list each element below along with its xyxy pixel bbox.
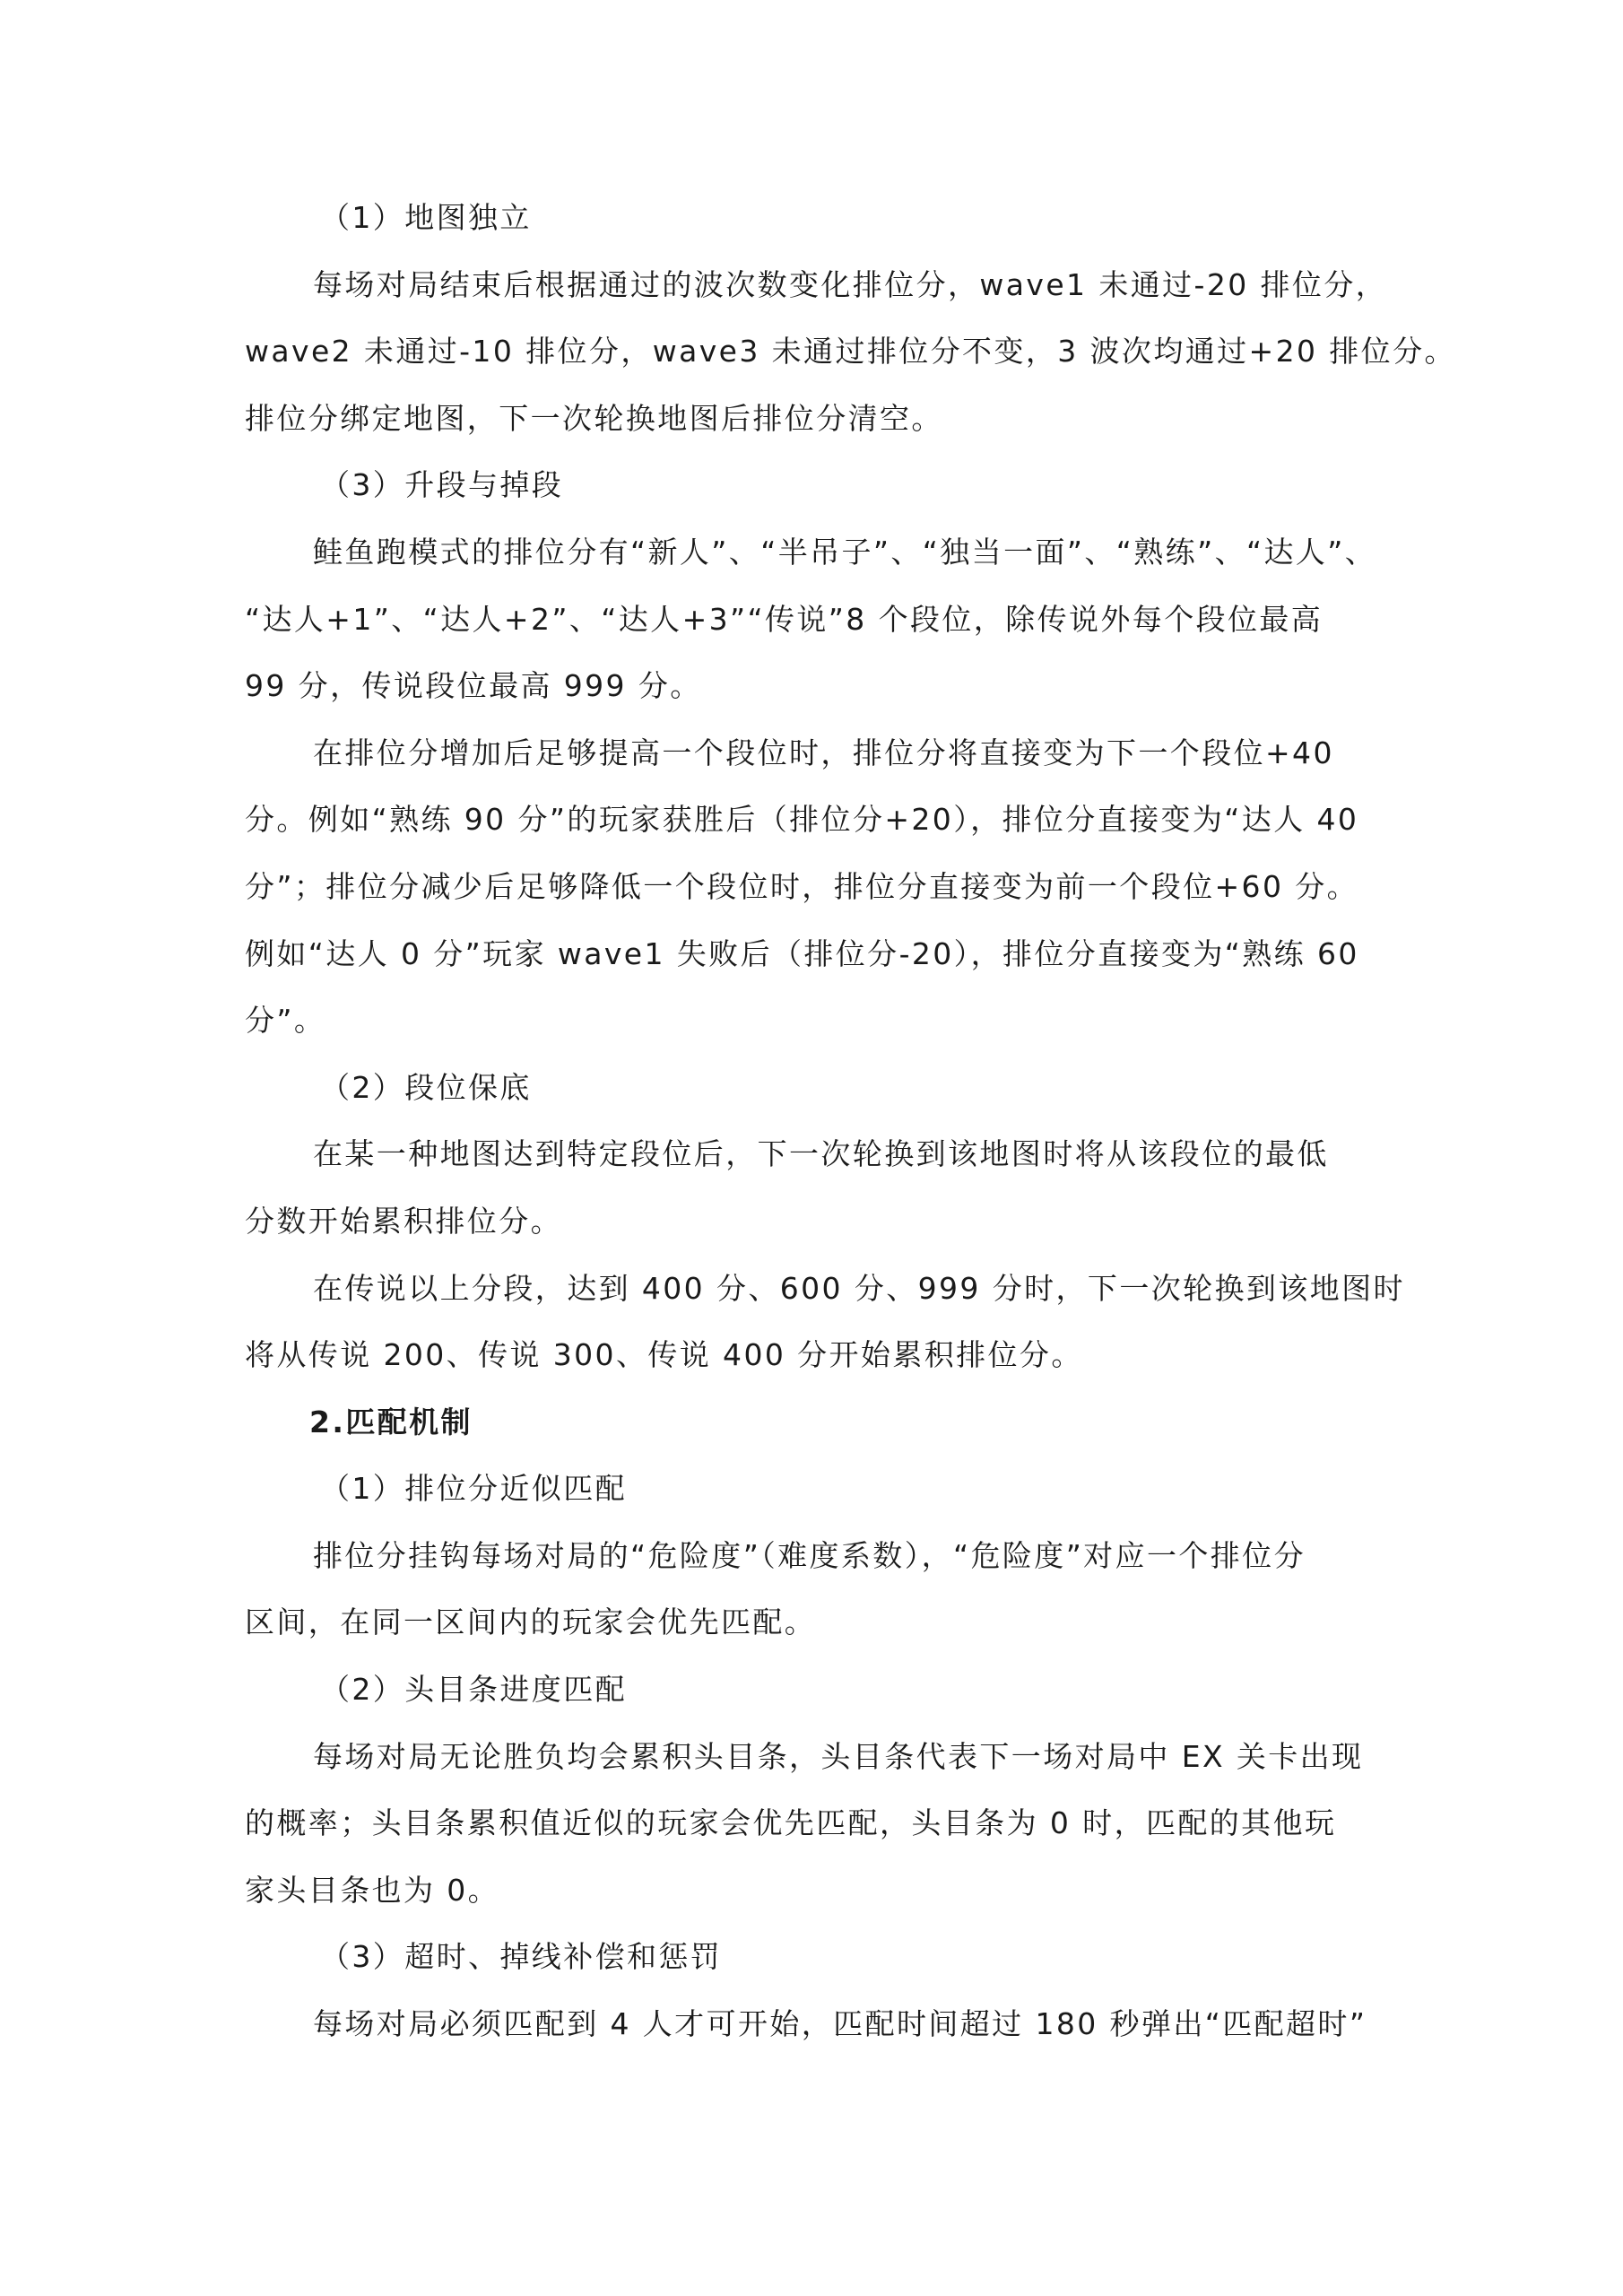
paragraph-line: 每场对局结束后根据通过的波次数变化排位分，wave1 未通过-20 排位分， (245, 252, 1402, 319)
paragraph-line: 鲑鱼跑模式的排位分有“新人”、“半吊子”、“独当一面”、“熟练”、“达人”、 (245, 519, 1402, 587)
paragraph-boss-meter: 每场对局无论胜负均会累积头目条，头目条代表下一场对局中 EX 关卡出现 的概率；… (245, 1724, 1402, 1925)
paragraph-score-matching: 排位分挂钩每场对局的“危险度”（难度系数），“危险度”对应一个排位分 区间，在同… (245, 1523, 1402, 1657)
paragraph-line: 在排位分增加后足够提高一个段位时，排位分将直接变为下一个段位+40 (245, 720, 1402, 787)
paragraph-legend-floor: 在传说以上分段，达到 400 分、600 分、999 分时，下一次轮换到该地图时… (245, 1256, 1402, 1389)
subheading-rank-floor: （2）段位保底 (245, 1055, 1402, 1122)
paragraph-line: 分。例如“熟练 90 分”的玩家获胜后（排位分+20），排位分直接变为“达人 4… (245, 787, 1402, 854)
paragraph-line: 在某一种地图达到特定段位后，下一次轮换到该地图时将从该段位的最低 (245, 1121, 1402, 1188)
paragraph-line: 分数开始累积排位分。 (245, 1188, 1402, 1256)
paragraph-line: 例如“达人 0 分”玩家 wave1 失败后（排位分-20），排位分直接变为“熟… (245, 921, 1402, 988)
document-body: （1）地图独立 每场对局结束后根据通过的波次数变化排位分，wave1 未通过-2… (245, 185, 1402, 2058)
document-page: （1）地图独立 每场对局结束后根据通过的波次数变化排位分，wave1 未通过-2… (0, 0, 1623, 2296)
paragraph-timeout: 每场对局必须匹配到 4 人才可开始，匹配时间超过 180 秒弹出“匹配超时” (245, 1991, 1402, 2058)
subheading-map-independent: （1）地图独立 (245, 185, 1402, 252)
paragraph-line: 排位分挂钩每场对局的“危险度”（难度系数），“危险度”对应一个排位分 (245, 1523, 1402, 1590)
subheading-timeout-penalty: （3）超时、掉线补偿和惩罚 (245, 1924, 1402, 1991)
paragraph-rank-floor: 在某一种地图达到特定段位后，下一次轮换到该地图时将从该段位的最低 分数开始累积排… (245, 1121, 1402, 1255)
paragraph-line: 家头目条也为 0。 (245, 1857, 1402, 1925)
paragraph-line: 将从传说 200、传说 300、传说 400 分开始累积排位分。 (245, 1322, 1402, 1389)
subheading-boss-meter-matching: （2）头目条进度匹配 (245, 1657, 1402, 1724)
subheading-promotion-demotion: （3）升段与掉段 (245, 452, 1402, 519)
paragraph-line: 的概率；头目条累积值近似的玩家会优先匹配，头目条为 0 时，匹配的其他玩 (245, 1790, 1402, 1857)
paragraph-line: 分”；排位分减少后足够降低一个段位时，排位分直接变为前一个段位+60 分。 (245, 854, 1402, 921)
subheading-score-matching: （1）排位分近似匹配 (245, 1456, 1402, 1523)
paragraph-line: 99 分，传说段位最高 999 分。 (245, 653, 1402, 720)
paragraph-line: 分”。 (245, 987, 1402, 1055)
heading-matchmaking: 2.匹配机制 (245, 1389, 1402, 1457)
paragraph-rank-tiers: 鲑鱼跑模式的排位分有“新人”、“半吊子”、“独当一面”、“熟练”、“达人”、 “… (245, 519, 1402, 720)
paragraph-line: 每场对局无论胜负均会累积头目条，头目条代表下一场对局中 EX 关卡出现 (245, 1724, 1402, 1791)
paragraph-line: wave2 未通过-10 排位分，wave3 未通过排位分不变，3 波次均通过+… (245, 318, 1402, 386)
paragraph-line: “达人+1”、“达人+2”、“达人+3”“传说”8 个段位，除传说外每个段位最高 (245, 587, 1402, 654)
paragraph-line: 在传说以上分段，达到 400 分、600 分、999 分时，下一次轮换到该地图时 (245, 1256, 1402, 1323)
paragraph-line: 每场对局必须匹配到 4 人才可开始，匹配时间超过 180 秒弹出“匹配超时” (245, 1991, 1402, 2058)
paragraph-wave-scoring: 每场对局结束后根据通过的波次数变化排位分，wave1 未通过-20 排位分， w… (245, 252, 1402, 453)
paragraph-rank-change-examples: 在排位分增加后足够提高一个段位时，排位分将直接变为下一个段位+40 分。例如“熟… (245, 720, 1402, 1055)
paragraph-line: 区间，在同一区间内的玩家会优先匹配。 (245, 1589, 1402, 1657)
paragraph-line: 排位分绑定地图，下一次轮换地图后排位分清空。 (245, 386, 1402, 453)
